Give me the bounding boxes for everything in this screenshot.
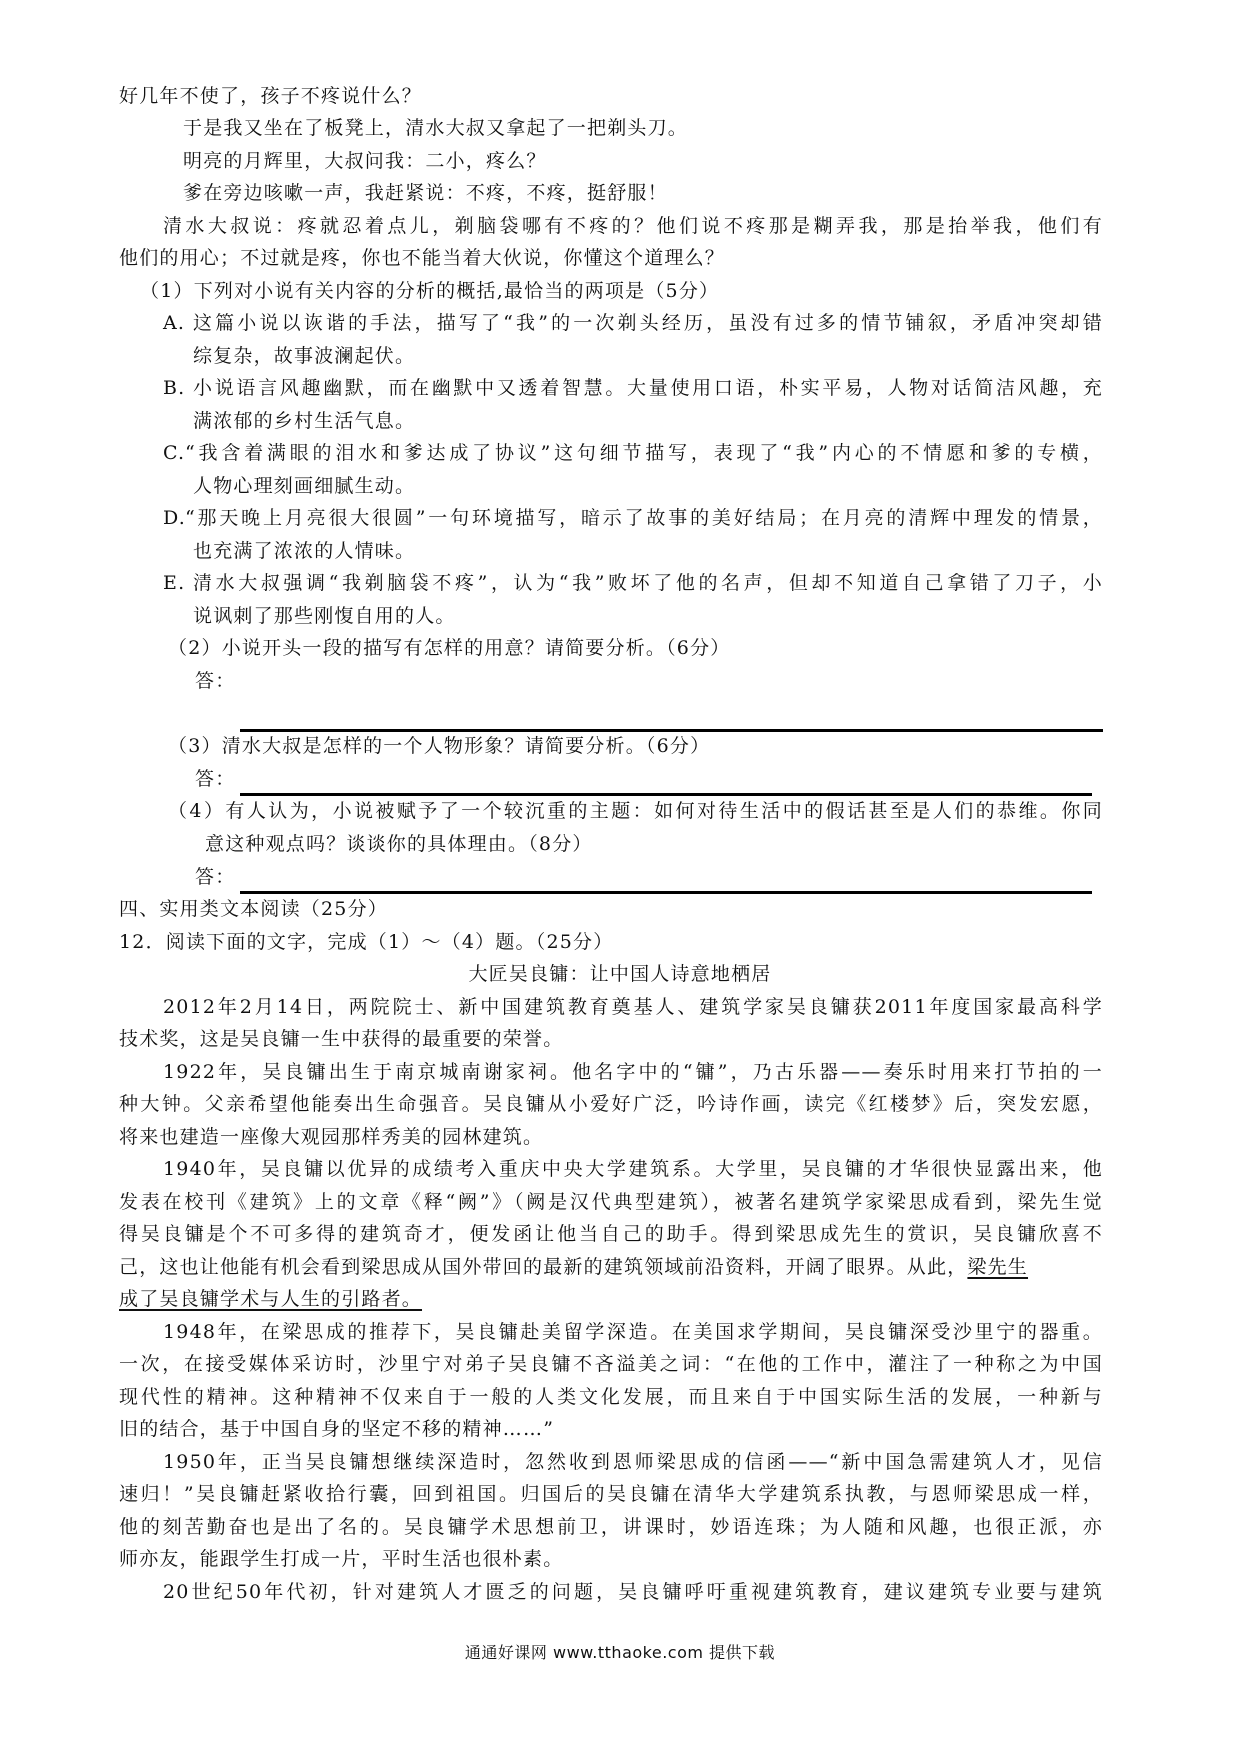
- story-line: 于是我又坐在了板凳上，清水大叔又拿起了一把剃头刀。: [183, 115, 688, 141]
- para4-line3: 现代性的精神。这种精神不仅来自于一般的人类文化发展，而且来自于中国实际生活的发展…: [119, 1384, 1103, 1410]
- option-e-line2: 说讽刺了那些刚愎自用的人。: [193, 603, 456, 629]
- question-4-stem-line1: （4）有人认为，小说被赋予了一个较沉重的主题：如何对待生活中的假话甚至是人们的恭…: [168, 798, 1103, 824]
- option-b-line2: 满浓郁的乡村生活气息。: [193, 408, 415, 434]
- option-b-line1: 小说语言风趣幽默，而在幽默中又透着智慧。大量使用口语，朴实平易，人物对话简洁风趣…: [193, 375, 1103, 401]
- option-c-line2: 人物心理刻画细腻生动。: [193, 473, 415, 499]
- para5-line4: 师亦友，能跟学生打成一片，平时生活也很朴素。: [119, 1546, 563, 1572]
- para3-line3: 得吴良镛是个不可多得的建筑奇才，便发函让他当自己的助手。得到梁思成先生的赏识，吴…: [119, 1221, 1103, 1247]
- answer-label-q3: 答：: [195, 766, 235, 792]
- para3-line1: 1940年，吴良镛以优异的成绩考入重庆中央大学建筑系。大学里，吴良镛的才华很快显…: [163, 1156, 1103, 1182]
- option-c-line1: “我含着满眼的泪水和爹达成了协议”这句细节描写，表现了“我”内心的不情愿和爹的专…: [185, 440, 1103, 466]
- para3-line5: 成了吴良镛学术与人生的引路者。: [119, 1286, 422, 1312]
- question-2-stem: （2）小说开头一段的描写有怎样的用意？请简要分析。（6分）: [168, 635, 730, 661]
- question-4-stem-line2: 意这种观点吗？谈谈你的具体理由。（8分）: [205, 831, 593, 857]
- story-line: 清水大叔说：疼就忍着点儿，剃脑袋哪有不疼的？他们说不疼那是糊弄我，那是抬举我，他…: [163, 213, 1103, 239]
- option-d-line1: “那天晚上月亮很大很圆”一句环境描写，暗示了故事的美好结局；在月亮的清辉中理发的…: [185, 505, 1103, 531]
- answer-label-q2: 答：: [195, 668, 235, 694]
- para3-line2: 发表在校刊《建筑》上的文章《释“阙”》（阙是汉代典型建筑），被著名建筑学家梁思成…: [119, 1189, 1103, 1215]
- para5-line2: 速归！”吴良镛赶紧收拾行囊，回到祖国。归国后的吴良镛在清华大学建筑系执教，与恩师…: [119, 1481, 1103, 1507]
- question-3-stem: （3）清水大叔是怎样的一个人物形象？请简要分析。（6分）: [168, 733, 710, 759]
- option-label-b: B.: [163, 375, 185, 401]
- option-e-line1: 清水大叔强调“我剃脑袋不疼”，认为“我”败坏了他的名声，但却不知道自己拿错了刀子…: [193, 570, 1103, 596]
- para6-line1: 20世纪50年代初，针对建筑人才匮乏的问题，吴良镛呼吁重视建筑教育，建议建筑专业…: [163, 1579, 1103, 1605]
- answer-line-q4[interactable]: [240, 891, 1092, 894]
- question-1-stem: （1）下列对小说有关内容的分析的概括,最恰当的两项是（5分）: [140, 278, 719, 304]
- section-heading: 四、实用类文本阅读（25分）: [119, 896, 388, 922]
- page-footer: 通通好课网 www.tthaoke.com 提供下载: [0, 1640, 1240, 1663]
- option-label-c: C.: [163, 440, 185, 466]
- para1-line2: 技术奖，这是吴良镛一生中获得的最重要的荣誉。: [119, 1026, 563, 1052]
- para4-line4: 旧的结合，基于中国自身的坚定不移的精神……”: [119, 1416, 554, 1442]
- option-label-e: E.: [163, 570, 185, 596]
- para2-line1: 1922年，吴良镛出生于南京城南谢家祠。他名字中的“镛”，乃古乐器——奏乐时用来…: [163, 1059, 1103, 1085]
- option-label-d: D.: [163, 505, 186, 531]
- option-d-line2: 也充满了浓浓的人情味。: [193, 538, 415, 564]
- question-12-stem: 12．阅读下面的文字，完成（1）～（4）题。（25分）: [119, 929, 613, 955]
- answer-label-q4: 答：: [195, 864, 235, 890]
- para2-line2: 种大钟。父亲希望他能奏出生命强音。吴良镛从小爱好广泛，吟诗作画，读完《红楼梦》后…: [119, 1091, 1103, 1117]
- story-line: 他们的用心；不过就是疼，你也不能当着大伙说，你懂这个道理么？: [119, 245, 725, 271]
- story-line: 明亮的月辉里，大叔问我：二小，疼么？: [183, 148, 547, 174]
- para4-line1: 1948年，在梁思成的推荐下，吴良镛赴美留学深造。在美国求学期间，吴良镛深受沙里…: [163, 1319, 1103, 1345]
- underlined-phrase: 梁先生: [967, 1256, 1028, 1278]
- answer-line-q2[interactable]: [240, 729, 1103, 732]
- para3-line4: 己，这也让他能有机会看到梁思成从国外带回的最新的建筑领域前沿资料，开阔了眼界。从…: [119, 1254, 1028, 1280]
- para1-line1: 2012年2月14日，两院院士、新中国建筑教育奠基人、建筑学家吴良镛获2011年…: [163, 994, 1103, 1020]
- para5-line1: 1950年，正当吴良镛想继续深造时，忽然收到恩师梁思成的信函——“新中国急需建筑…: [163, 1449, 1103, 1475]
- option-label-a: A.: [163, 310, 185, 336]
- answer-line-q3[interactable]: [240, 793, 1092, 796]
- option-a-line1: 这篇小说以诙谐的手法，描写了“我”的一次剃头经历，虽没有过多的情节铺叙，矛盾冲突…: [193, 310, 1103, 336]
- para5-line3: 他的刻苦勤奋也是出了名的。吴良镛学术思想前卫，讲课时，妙语连珠；为人随和风趣，也…: [119, 1514, 1103, 1540]
- story-line: 好几年不使了，孩子不疼说什么？: [119, 83, 422, 109]
- underlined-phrase-cont: 成了吴良镛学术与人生的引路者。: [119, 1288, 422, 1310]
- para3-line4-text: 己，这也让他能有机会看到梁思成从国外带回的最新的建筑领域前沿资料，开阔了眼界。从…: [119, 1256, 967, 1278]
- article-title: 大匠吴良镛：让中国人诗意地栖居: [0, 961, 1240, 987]
- option-a-line2: 综复杂，故事波澜起伏。: [193, 343, 415, 369]
- para2-line3: 将来也建造一座像大观园那样秀美的园林建筑。: [119, 1124, 543, 1150]
- para4-line2: 一次，在接受媒体采访时，沙里宁对弟子吴良镛不吝溢美之词：“在他的工作中，灌注了一…: [119, 1351, 1103, 1377]
- story-line: 爹在旁边咳嗽一声，我赶紧说：不疼，不疼，挺舒服！: [183, 180, 668, 206]
